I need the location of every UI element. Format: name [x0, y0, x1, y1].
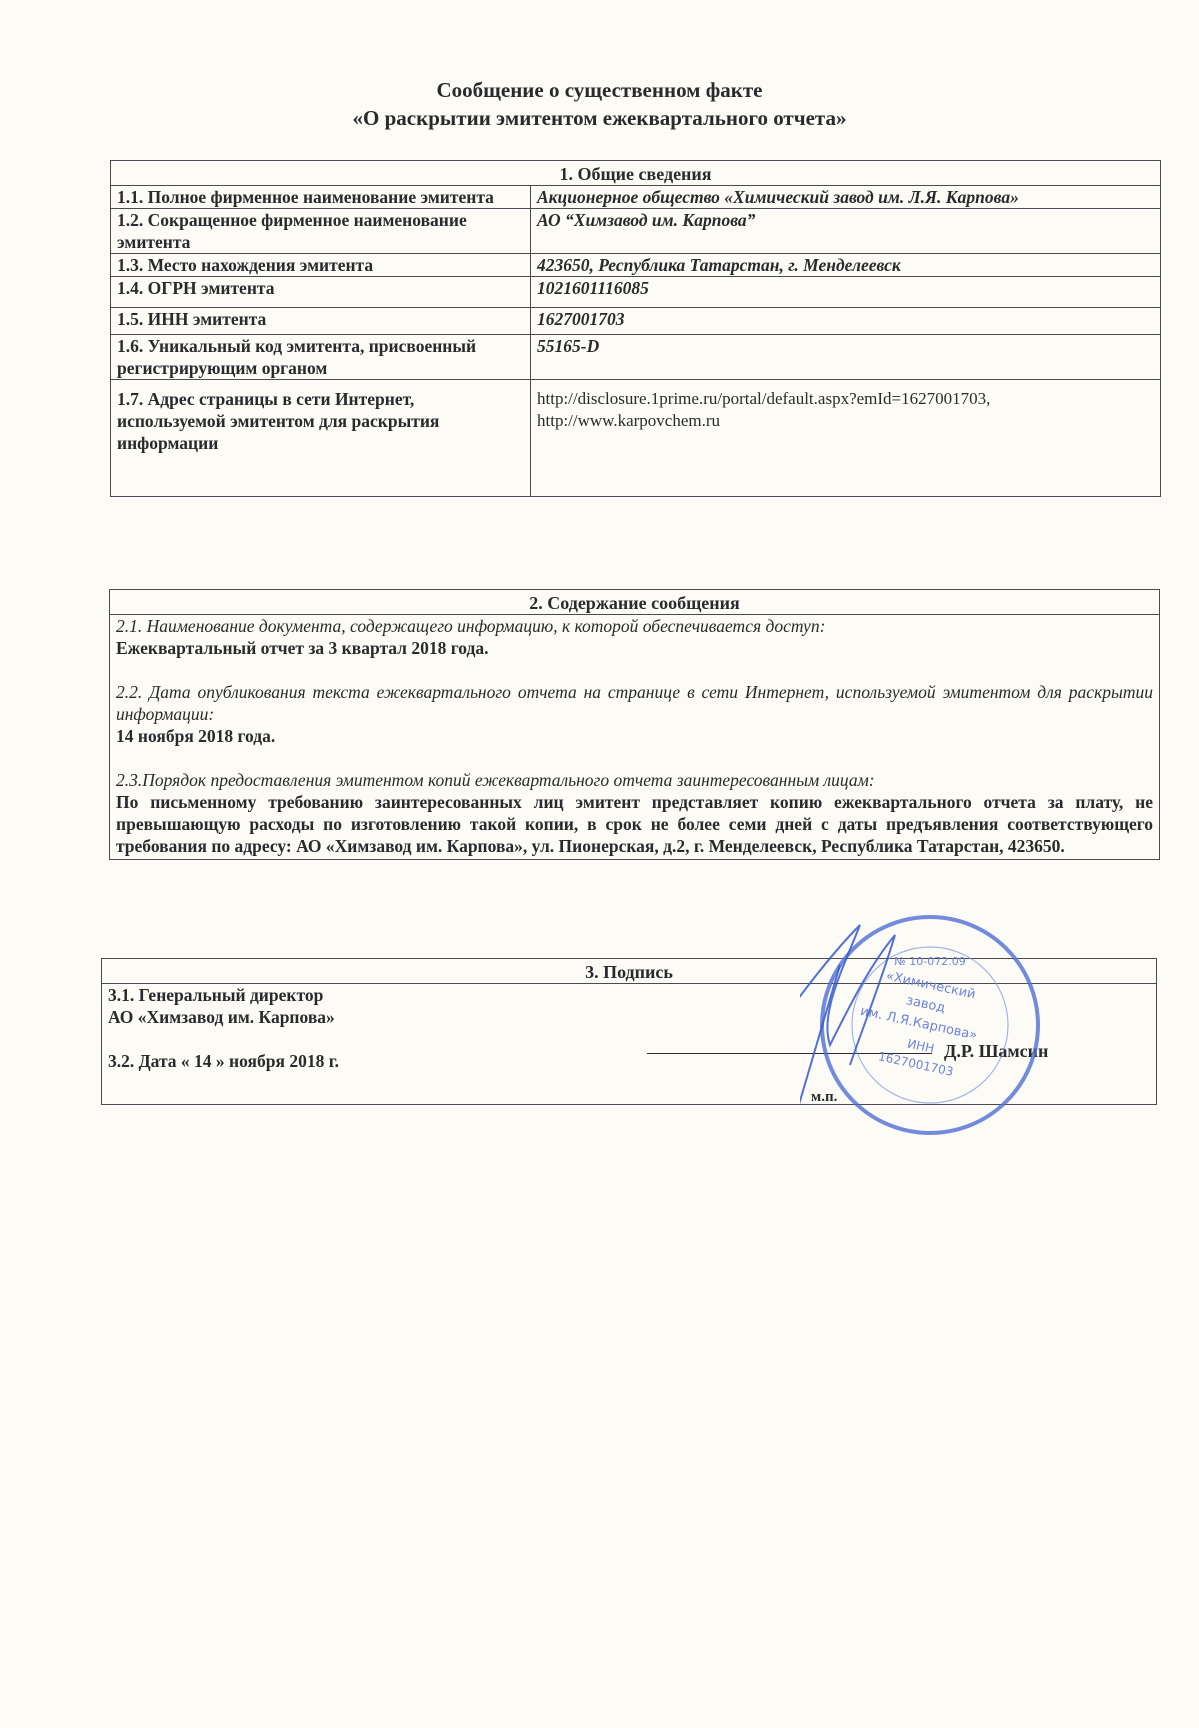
location-value: 423650, Республика Татарстан, г. Менделе… [531, 254, 1161, 277]
website-link[interactable]: http://www.karpovchem.ru [537, 410, 1154, 432]
signer-position: 3.1. Генеральный директор [108, 984, 1150, 1006]
short-name-value: АО “Химзавод им. Карпова” [531, 209, 1161, 254]
title-line-2: «О раскрытии эмитентом ежеквартального о… [0, 104, 1199, 132]
item-2-1-value: Ежеквартальный отчет за 3 квартал 2018 г… [116, 637, 1153, 659]
row-label: 1.1. Полное фирменное наименование эмите… [111, 186, 531, 209]
table-row: 1.1. Полное фирменное наименование эмите… [111, 186, 1161, 209]
title-line-1: Сообщение о существенном факте [0, 76, 1199, 104]
section-1-header: 1. Общие сведения [111, 161, 1161, 186]
row-label: 1.7. Адрес страницы в сети Интернет, исп… [111, 380, 531, 497]
signature-line [647, 1053, 932, 1054]
unique-code-value: 55165-D [531, 335, 1161, 380]
full-name-value: Акционерное общество «Химический завод и… [531, 186, 1161, 209]
disclosure-link[interactable]: http://disclosure.1prime.ru/portal/defau… [537, 388, 1154, 410]
message-content-table: 2. Содержание сообщения 2.1. Наименовани… [109, 589, 1160, 860]
signer-company: АО «Химзавод им. Карпова» [108, 1006, 1150, 1028]
item-2-3-value: По письменному требованию заинтересованн… [116, 791, 1153, 857]
item-2-2-value: 14 ноября 2018 года. [116, 725, 1153, 747]
table-row: 1.5. ИНН эмитента 1627001703 [111, 308, 1161, 335]
section-2-header: 2. Содержание сообщения [110, 590, 1160, 615]
table-row: 1.3. Место нахождения эмитента 423650, Р… [111, 254, 1161, 277]
row-label: 1.5. ИНН эмитента [111, 308, 531, 335]
inn-value: 1627001703 [531, 308, 1161, 335]
item-2-2-label: 2.2. Дата опубликования текста ежекварта… [116, 681, 1153, 725]
signature-table: 3. Подпись 3.1. Генеральный директор АО … [101, 958, 1157, 1105]
row-label: 1.3. Место нахождения эмитента [111, 254, 531, 277]
table-row: 1.2. Сокращенное фирменное наименование … [111, 209, 1161, 254]
section-3-header: 3. Подпись [102, 959, 1157, 984]
row-label: 1.2. Сокращенное фирменное наименование … [111, 209, 531, 254]
signer-name: Д.Р. Шамсин [944, 1040, 1048, 1062]
item-2-1-label: 2.1. Наименование документа, содержащего… [116, 615, 1153, 637]
row-label: 1.6. Уникальный код эмитента, присвоенны… [111, 335, 531, 380]
general-info-table: 1. Общие сведения 1.1. Полное фирменное … [110, 160, 1161, 497]
document-title: Сообщение о существенном факте «О раскры… [0, 76, 1199, 132]
row-label: 1.4. ОГРН эмитента [111, 277, 531, 308]
seal-mark: м.п. [811, 1086, 837, 1108]
ogrn-value: 1021601116085 [531, 277, 1161, 308]
table-row: 1.7. Адрес страницы в сети Интернет, исп… [111, 380, 1161, 497]
table-row: 1.6. Уникальный код эмитента, присвоенны… [111, 335, 1161, 380]
item-2-3-label: 2.3.Порядок предоставления эмитентом коп… [116, 769, 1153, 791]
table-row: 1.4. ОГРН эмитента 1021601116085 [111, 277, 1161, 308]
